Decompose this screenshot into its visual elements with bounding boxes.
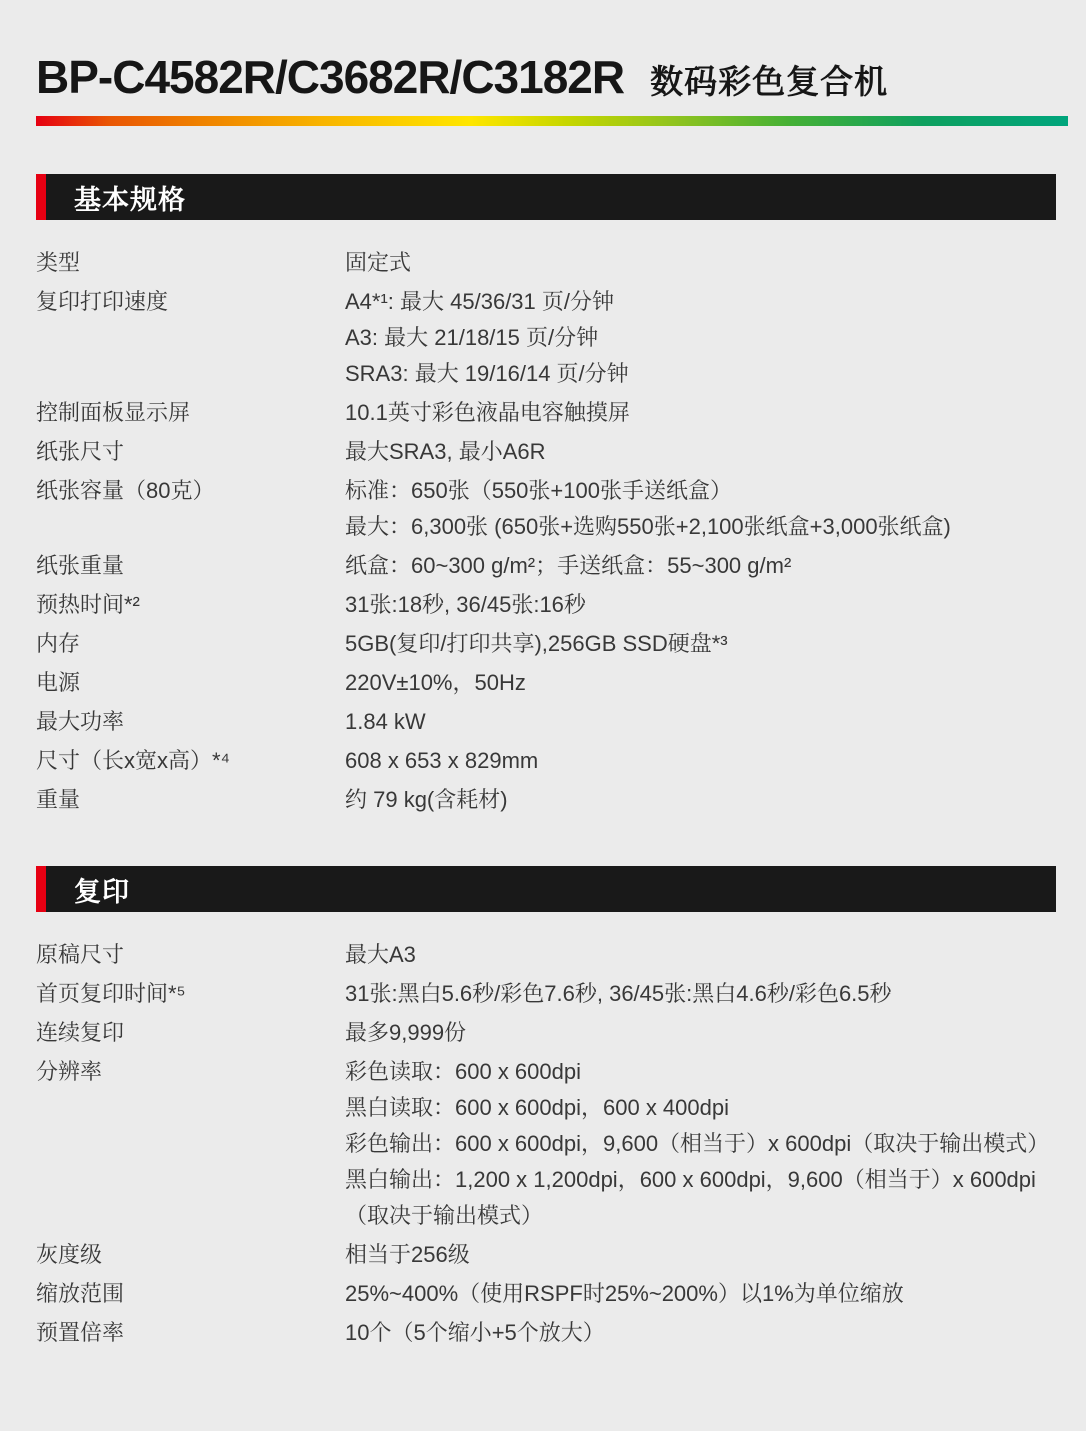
spec-row-paper-capacity: 纸张容量（80克） 标准：650张（550张+100张手送纸盒） 最大：6,30…: [36, 473, 1056, 545]
spec-value: 10个（5个缩小+5个放大）: [345, 1315, 1056, 1351]
spec-label: 最大功率: [36, 704, 345, 740]
spec-value: 1.84 kW: [345, 704, 1056, 740]
rainbow-gradient-divider: [36, 116, 1068, 126]
section-header-copy: 复印: [36, 866, 1056, 912]
spec-value: 彩色读取：600 x 600dpi 黑白读取：600 x 600dpi，600 …: [345, 1054, 1056, 1234]
spec-row-continuous-copy: 连续复印 最多9,999份: [36, 1015, 1056, 1051]
spec-value-line: 31张:18秒, 36/45张:16秒: [345, 587, 1056, 623]
spec-rows-copy: 原稿尺寸 最大A3 首页复印时间*⁵ 31张:黑白5.6秒/彩色7.6秒, 36…: [36, 912, 1056, 1351]
spec-value-line: 标准：650张（550张+100张手送纸盒）: [345, 473, 1056, 509]
spec-value-line: A3: 最大 21/18/15 页/分钟: [345, 320, 1056, 356]
spec-value: 10.1英寸彩色液晶电容触摸屏: [345, 395, 1056, 431]
spec-value-line: 彩色读取：600 x 600dpi: [345, 1054, 1056, 1090]
spec-label: 分辨率: [36, 1054, 345, 1234]
spec-value-line: 最多9,999份: [345, 1015, 1056, 1051]
spec-row-copy-print-speed: 复印打印速度 A4*¹: 最大 45/36/31 页/分钟 A3: 最大 21/…: [36, 284, 1056, 392]
page-title: BP-C4582R/C3682R/C3182R 数码彩色复合机: [36, 50, 1056, 104]
spec-row-memory: 内存 5GB(复印/打印共享),256GB SSD硬盘*³: [36, 626, 1056, 662]
spec-value-line: SRA3: 最大 19/16/14 页/分钟: [345, 356, 1056, 392]
spec-label: 首页复印时间*⁵: [36, 976, 345, 1012]
spec-label: 复印打印速度: [36, 284, 345, 392]
spec-rows-basic: 类型 固定式 复印打印速度 A4*¹: 最大 45/36/31 页/分钟 A3:…: [36, 220, 1056, 818]
spec-row-paper-weight: 纸张重量 纸盒：60~300 g/m²；手送纸盒：55~300 g/m²: [36, 548, 1056, 584]
spec-label: 控制面板显示屏: [36, 395, 345, 431]
spec-row-weight: 重量 约 79 kg(含耗材): [36, 782, 1056, 818]
spec-row-control-panel: 控制面板显示屏 10.1英寸彩色液晶电容触摸屏: [36, 395, 1056, 431]
spec-row-preset-ratios: 预置倍率 10个（5个缩小+5个放大）: [36, 1315, 1056, 1351]
spec-value: 固定式: [345, 245, 1056, 281]
spec-value-line: 黑白输出：1,200 x 1,200dpi，600 x 600dpi，9,600…: [345, 1162, 1056, 1234]
spec-value: 608 x 653 x 829mm: [345, 743, 1056, 779]
spec-value: A4*¹: 最大 45/36/31 页/分钟 A3: 最大 21/18/15 页…: [345, 284, 1056, 392]
spec-value-line: 10个（5个缩小+5个放大）: [345, 1315, 1056, 1351]
spec-value-line: 最大SRA3, 最小A6R: [345, 434, 1056, 470]
spec-value-line: 最大：6,300张 (650张+选购550张+2,100张纸盒+3,000张纸盒…: [345, 509, 1056, 545]
spec-label: 缩放范围: [36, 1276, 345, 1312]
section-title: 复印: [74, 870, 130, 909]
spec-value: 相当于256级: [345, 1237, 1056, 1273]
spec-label: 重量: [36, 782, 345, 818]
spec-value-line: 最大A3: [345, 937, 1056, 973]
spec-label: 尺寸（长x宽x高）*⁴: [36, 743, 345, 779]
spec-label: 连续复印: [36, 1015, 345, 1051]
section-header-basic-specs: 基本规格: [36, 174, 1056, 220]
spec-label: 纸张尺寸: [36, 434, 345, 470]
spec-sheet-page: BP-C4582R/C3682R/C3182R 数码彩色复合机 基本规格 类型 …: [0, 0, 1086, 1351]
spec-row-dimensions: 尺寸（长x宽x高）*⁴ 608 x 653 x 829mm: [36, 743, 1056, 779]
spec-value-line: 25%~400%（使用RSPF时25%~200%）以1%为单位缩放: [345, 1276, 1056, 1312]
spec-value: 31张:18秒, 36/45张:16秒: [345, 587, 1056, 623]
spec-row-resolution: 分辨率 彩色读取：600 x 600dpi 黑白读取：600 x 600dpi，…: [36, 1054, 1056, 1234]
spec-label: 电源: [36, 665, 345, 701]
spec-value-line: 黑白读取：600 x 600dpi，600 x 400dpi: [345, 1090, 1056, 1126]
spec-value-line: 5GB(复印/打印共享),256GB SSD硬盘*³: [345, 626, 1056, 662]
spec-label: 类型: [36, 245, 345, 281]
spec-value-line: 约 79 kg(含耗材): [345, 782, 1056, 818]
section-title: 基本规格: [74, 178, 186, 217]
spec-value: 最大SRA3, 最小A6R: [345, 434, 1056, 470]
spec-row-zoom-range: 缩放范围 25%~400%（使用RSPF时25%~200%）以1%为单位缩放: [36, 1276, 1056, 1312]
spec-value-line: 608 x 653 x 829mm: [345, 743, 1056, 779]
spec-value-line: 31张:黑白5.6秒/彩色7.6秒, 36/45张:黑白4.6秒/彩色6.5秒: [345, 976, 1056, 1012]
spec-row-power-supply: 电源 220V±10%，50Hz: [36, 665, 1056, 701]
spec-row-first-copy-time: 首页复印时间*⁵ 31张:黑白5.6秒/彩色7.6秒, 36/45张:黑白4.6…: [36, 976, 1056, 1012]
spec-value: 5GB(复印/打印共享),256GB SSD硬盘*³: [345, 626, 1056, 662]
spec-value: 标准：650张（550张+100张手送纸盒） 最大：6,300张 (650张+选…: [345, 473, 1056, 545]
spec-value: 31张:黑白5.6秒/彩色7.6秒, 36/45张:黑白4.6秒/彩色6.5秒: [345, 976, 1056, 1012]
spec-value: 最多9,999份: [345, 1015, 1056, 1051]
section-basic-specs: 基本规格 类型 固定式 复印打印速度 A4*¹: 最大 45/36/31 页/分…: [36, 174, 1056, 818]
title-block: BP-C4582R/C3682R/C3182R 数码彩色复合机: [36, 0, 1056, 126]
spec-value-line: 纸盒：60~300 g/m²；手送纸盒：55~300 g/m²: [345, 548, 1056, 584]
spec-label: 预置倍率: [36, 1315, 345, 1351]
spec-row-grayscale: 灰度级 相当于256级: [36, 1237, 1056, 1273]
spec-row-max-power: 最大功率 1.84 kW: [36, 704, 1056, 740]
spec-value: 约 79 kg(含耗材): [345, 782, 1056, 818]
spec-value: 25%~400%（使用RSPF时25%~200%）以1%为单位缩放: [345, 1276, 1056, 1312]
spec-value-line: 1.84 kW: [345, 704, 1056, 740]
spec-row-warmup-time: 预热时间*² 31张:18秒, 36/45张:16秒: [36, 587, 1056, 623]
spec-label: 灰度级: [36, 1237, 345, 1273]
spec-value-line: 固定式: [345, 245, 1056, 281]
spec-label: 预热时间*²: [36, 587, 345, 623]
spec-value-line: A4*¹: 最大 45/36/31 页/分钟: [345, 284, 1056, 320]
spec-label: 纸张容量（80克）: [36, 473, 345, 545]
product-type-label: 数码彩色复合机: [650, 56, 888, 103]
model-name: BP-C4582R/C3682R/C3182R: [36, 50, 624, 104]
spec-value-line: 相当于256级: [345, 1237, 1056, 1273]
spec-row-original-size: 原稿尺寸 最大A3: [36, 937, 1056, 973]
spec-value-line: 10.1英寸彩色液晶电容触摸屏: [345, 395, 1056, 431]
spec-label: 纸张重量: [36, 548, 345, 584]
spec-value: 纸盒：60~300 g/m²；手送纸盒：55~300 g/m²: [345, 548, 1056, 584]
spec-value: 最大A3: [345, 937, 1056, 973]
spec-value-line: 220V±10%，50Hz: [345, 665, 1056, 701]
spec-row-paper-size: 纸张尺寸 最大SRA3, 最小A6R: [36, 434, 1056, 470]
spec-label: 内存: [36, 626, 345, 662]
spec-row-type: 类型 固定式: [36, 245, 1056, 281]
spec-value: 220V±10%，50Hz: [345, 665, 1056, 701]
section-copy: 复印 原稿尺寸 最大A3 首页复印时间*⁵ 31张:黑白5.6秒/彩色7.6秒,…: [36, 866, 1056, 1351]
spec-value-line: 彩色输出：600 x 600dpi，9,600（相当于）x 600dpi（取决于…: [345, 1126, 1056, 1162]
spec-label: 原稿尺寸: [36, 937, 345, 973]
